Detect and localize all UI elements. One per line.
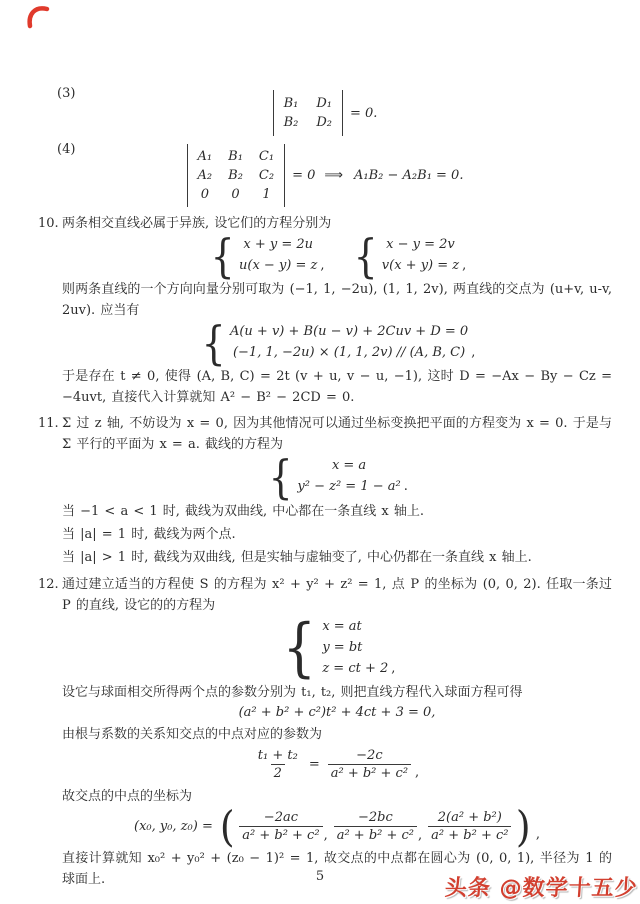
det-cell: D₁: [316, 96, 332, 111]
item-10-condition-system: { A(u + v) + B(u − v) + 2Cuv + D = 0 (−1…: [62, 323, 612, 362]
det-cell: 0: [198, 187, 213, 202]
section-curve-system: { x = a y² − z² = 1 − a² .: [266, 457, 408, 496]
equation-3-rhs: = 0.: [350, 106, 377, 121]
parametric-line-system: { x = at y = bt z = ct + 2 ,: [279, 618, 396, 678]
system-line: v(x + y) = z: [382, 257, 459, 275]
math-document-page: (3) B₁ D₁ B₂ D₂ = 0. (4) A₁ B₁ C₁ A₂: [0, 0, 640, 904]
item-11-case-1: 当 −1 < a < 1 时, 截线为双曲线, 中心都在一条直线 x 轴上.: [62, 500, 612, 523]
toutiao-watermark: 头条 @数学十五少: [444, 871, 639, 902]
det-cell: 1: [259, 187, 274, 202]
document-content: (3) B₁ D₁ B₂ D₂ = 0. (4) A₁ B₁ C₁ A₂: [38, 84, 612, 890]
item-12: 12. 通过建立适当的方程使 S 的方程为 x² + y² + z² = 1, …: [38, 574, 612, 890]
determinant-2x2: B₁ D₁ B₂ D₂: [273, 90, 343, 136]
midpoint-parameter-equation: t₁ + t₂ 2 = −2c a² + b² + c² ,: [62, 747, 612, 782]
det-cell: A₁: [198, 149, 213, 164]
det-cell: B₂: [228, 168, 243, 183]
det-cell: C₁: [259, 149, 274, 164]
item-11-section-system: { x = a y² − z² = 1 − a² .: [62, 457, 612, 496]
system-punct: ,: [462, 258, 466, 273]
equation-4-mid: = 0: [292, 168, 315, 183]
det-cell: C₂: [259, 168, 274, 183]
system-punct: ,: [471, 345, 475, 360]
item-12-para-2: 由根与系数的关系知交点的中点对应的参数为: [62, 724, 612, 745]
equation-3: B₁ D₁ B₂ D₂ = 0.: [38, 90, 612, 136]
line-system-1: { x + y = 2u u(x − y) = z ,: [208, 236, 325, 275]
fraction: 2(a² + b²) a² + b² + c²: [428, 809, 511, 844]
red-corner-mark-icon: [26, 3, 50, 29]
item-11-case-2: 当 |a| = 1 时, 截线为两个点.: [62, 523, 612, 546]
system-line: x = a: [332, 457, 366, 475]
system-line: x = at: [322, 618, 361, 636]
quadratic-equation: (a² + b² + c²)t² + 4ct + 3 = 0,: [62, 705, 612, 720]
equation-4-rhs: A₁B₂ − A₂B₁ = 0.: [354, 168, 463, 183]
system-line: u(x − y) = z: [239, 257, 317, 275]
system-line: x + y = 2u: [243, 236, 313, 254]
item-10: 10. 两条相交直线必属于异族, 设它们的方程分别为 { x + y = 2u …: [38, 213, 612, 408]
line-system-2: { x − y = 2v v(x + y) = z ,: [351, 236, 467, 275]
determinant-3x3: A₁ B₁ C₁ A₂ B₂ C₂ 0 0 1: [187, 144, 286, 207]
system-line: y² − z² = 1 − a²: [297, 478, 400, 496]
implies-arrow-icon: ⟹: [324, 168, 343, 183]
det-cell: 0: [228, 187, 243, 202]
fraction: t₁ + t₂ 2: [255, 747, 301, 782]
det-cell: B₂: [284, 115, 299, 130]
item-11-case-3: 当 |a| > 1 时, 截线为双曲线, 但是实轴与虚轴变了, 中心仍都在一条直…: [62, 546, 612, 569]
item-11-number: 11.: [38, 413, 59, 434]
system-line: z = ct + 2: [322, 660, 388, 678]
fraction: −2c a² + b² + c²: [328, 747, 411, 782]
system-line: x − y = 2v: [386, 236, 455, 254]
fraction: −2bc a² + b² + c²: [334, 809, 417, 844]
midpoint-coordinates-equation: (x₀, y₀, z₀) = ( −2ac a² + b² + c² , −2b…: [62, 809, 612, 844]
fraction: −2ac a² + b² + c²: [239, 809, 322, 844]
system-line: y = bt: [322, 639, 362, 657]
det-cell: D₂: [316, 115, 332, 130]
separator-comma: ,: [418, 828, 422, 843]
equation-punct: ,: [415, 765, 419, 780]
item-12-para-1: 设它与球面相交所得两个点的参数分别为 t₁, t₂, 则把直线方程代入球面方程可…: [62, 682, 612, 703]
equation-4: A₁ B₁ C₁ A₂ B₂ C₂ 0 0 1 = 0 ⟹ A₁B₂ − A₂B…: [38, 144, 612, 207]
system-punct: .: [404, 479, 408, 494]
item-10-para-2: 于是存在 t ≠ 0, 使得 (A, B, C) = 2t (v + u, v …: [62, 366, 612, 408]
equation-punct: ,: [536, 827, 540, 842]
item-10-number: 10.: [38, 213, 59, 234]
item-10-intro: 两条相交直线必属于异族, 设它们的方程分别为: [62, 213, 612, 234]
det-cell: B₁: [228, 149, 243, 164]
system-punct: ,: [391, 661, 395, 676]
item-10-line-systems: { x + y = 2u u(x − y) = z , { x − y = 2v…: [62, 236, 612, 275]
item-11: 11. Σ 过 z 轴, 不妨设为 x = 0, 因为其他情况可以通过坐标变换把…: [38, 413, 612, 569]
condition-system: { A(u + v) + B(u − v) + 2Cuv + D = 0 (−1…: [199, 323, 476, 362]
item-12-intro: 通过建立适当的方程使 S 的方程为 x² + y² + z² = 1, 点 P …: [62, 574, 612, 616]
system-line: A(u + v) + B(u − v) + 2Cuv + D = 0: [230, 323, 468, 341]
det-cell: A₂: [198, 168, 213, 183]
coordinates-lhs: (x₀, y₀, z₀) =: [134, 819, 213, 834]
det-cell: B₁: [284, 96, 299, 111]
item-12-parametric-system: { x = at y = bt z = ct + 2 ,: [62, 618, 612, 678]
system-line: (−1, 1, −2u) × (1, 1, 2v) // (A, B, C): [233, 344, 465, 362]
separator-comma: ,: [324, 828, 328, 843]
item-12-number: 12.: [38, 574, 59, 595]
item-11-intro: Σ 过 z 轴, 不妨设为 x = 0, 因为其他情况可以通过坐标变换把平面的方…: [62, 413, 612, 455]
system-punct: ,: [320, 258, 324, 273]
equals-sign: =: [309, 757, 320, 772]
item-10-para-1: 则两条直线的一个方向向量分别可取为 (−1, 1, −2u), (1, 1, 2…: [62, 279, 612, 321]
